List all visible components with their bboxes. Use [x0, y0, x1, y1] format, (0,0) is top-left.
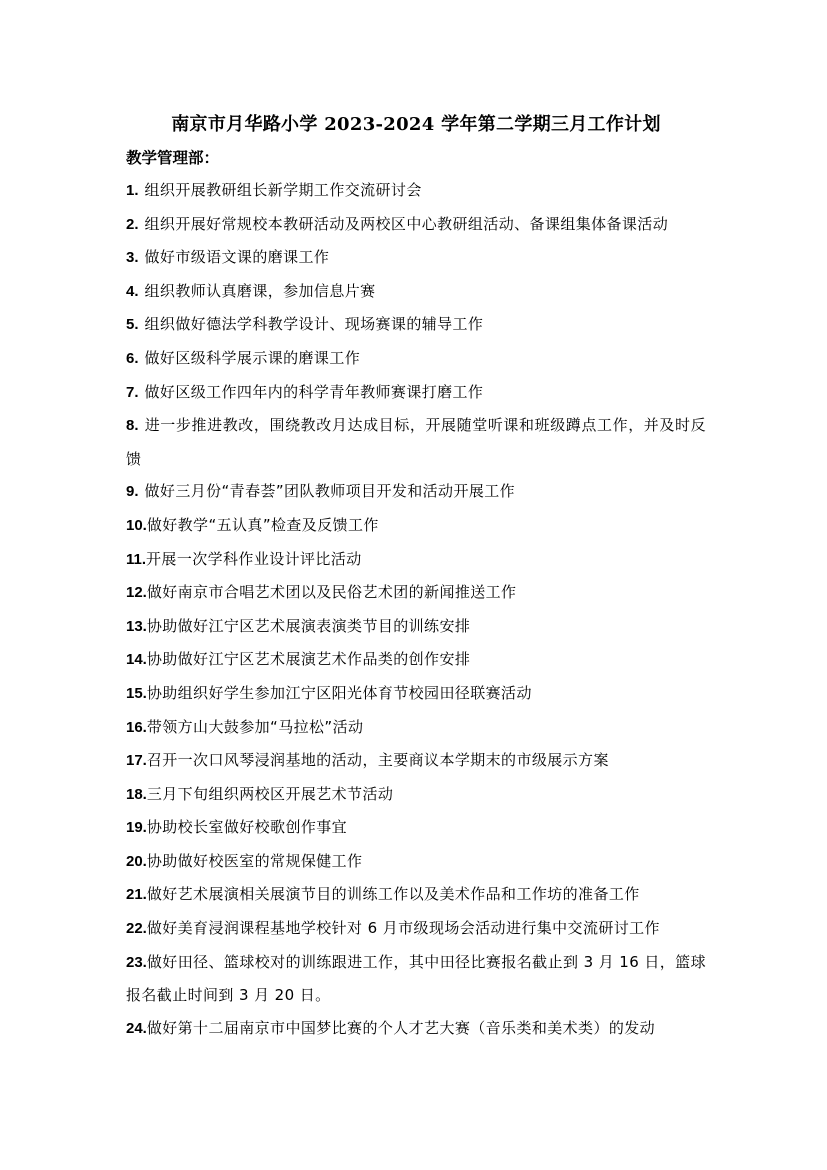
item-number: 23. [126, 954, 147, 971]
item-text: 做好三月份“青春荟”团队教师项目开发和活动开展工作 [145, 482, 516, 500]
item-text: 做好田径、篮球校对的训练跟进工作，其中田径比赛报名截止到 3 月 16 日，篮球… [126, 953, 706, 1005]
item-number: 19. [126, 819, 147, 836]
item-text: 做好美育浸润课程基地学校针对 6 月市级现场会活动进行集中交流研讨工作 [147, 919, 660, 937]
list-item: 23.做好田径、篮球校对的训练跟进工作，其中田径比赛报名截止到 3 月 16 日… [126, 946, 706, 1012]
item-number: 12. [126, 584, 147, 601]
list-item: 10.做好教学“五认真”检查及反馈工作 [126, 509, 706, 543]
item-text: 协助做好江宁区艺术展演艺术作品类的创作安排 [147, 650, 470, 668]
item-text: 三月下旬组织两校区开展艺术节活动 [147, 785, 393, 803]
item-number: 1. [126, 182, 139, 199]
work-plan-list: 1.组织开展教研组长新学期工作交流研讨会2.组织开展好常规校本教研活动及两校区中… [126, 174, 706, 1045]
list-item: 13.协助做好江宁区艺术展演表演类节目的训练安排 [126, 610, 706, 644]
item-text: 协助做好江宁区艺术展演表演类节目的训练安排 [147, 617, 470, 635]
list-item: 21.做好艺术展演相关展演节目的训练工作以及美术作品和工作坊的准备工作 [126, 878, 706, 912]
list-item: 2.组织开展好常规校本教研活动及两校区中心教研组活动、备课组集体备课活动 [126, 208, 706, 242]
item-number: 14. [126, 651, 147, 668]
list-item: 4.组织教师认真磨课，参加信息片赛 [126, 275, 706, 309]
section-heading: 教学管理部： [126, 142, 706, 174]
item-text: 做好区级科学展示课的磨课工作 [145, 349, 361, 367]
item-number: 17. [126, 752, 147, 769]
item-number: 8. [126, 417, 139, 434]
item-text: 组织开展好常规校本教研活动及两校区中心教研组活动、备课组集体备课活动 [145, 215, 669, 233]
item-text: 做好教学“五认真”检查及反馈工作 [147, 516, 379, 534]
item-text: 做好艺术展演相关展演节目的训练工作以及美术作品和工作坊的准备工作 [147, 885, 640, 903]
item-text: 协助组织好学生参加江宁区阳光体育节校园田径联赛活动 [147, 684, 532, 702]
list-item: 15.协助组织好学生参加江宁区阳光体育节校园田径联赛活动 [126, 677, 706, 711]
list-item: 12.做好南京市合唱艺术团以及民俗艺术团的新闻推送工作 [126, 576, 706, 610]
item-number: 22. [126, 920, 147, 937]
item-text: 组织做好德法学科教学设计、现场赛课的辅导工作 [145, 315, 484, 333]
item-number: 6. [126, 350, 139, 367]
list-item: 3.做好市级语文课的磨课工作 [126, 241, 706, 275]
item-number: 5. [126, 316, 139, 333]
item-text: 组织开展教研组长新学期工作交流研讨会 [145, 181, 422, 199]
item-text: 做好市级语文课的磨课工作 [145, 248, 330, 266]
document-title: 南京市月华路小学 2023-2024 学年第二学期三月工作计划 [126, 108, 706, 142]
list-item: 1.组织开展教研组长新学期工作交流研讨会 [126, 174, 706, 208]
item-text: 做好南京市合唱艺术团以及民俗艺术团的新闻推送工作 [147, 583, 517, 601]
item-number: 21. [126, 886, 147, 903]
list-item: 8.进一步推进教改，围绕教改月达成目标，开展随堂听课和班级蹲点工作，并及时反馈 [126, 409, 706, 475]
item-text: 召开一次口风琴浸润基地的活动，主要商议本学期末的市级展示方案 [147, 751, 609, 769]
item-text: 开展一次学科作业设计评比活动 [146, 550, 362, 568]
item-text: 组织教师认真磨课，参加信息片赛 [145, 282, 376, 300]
item-number: 11. [126, 551, 146, 568]
item-number: 7. [126, 384, 139, 401]
item-text: 协助校长室做好校歌创作事宜 [147, 818, 347, 836]
list-item: 9.做好三月份“青春荟”团队教师项目开发和活动开展工作 [126, 475, 706, 509]
list-item: 19.协助校长室做好校歌创作事宜 [126, 811, 706, 845]
item-text: 做好区级工作四年内的科学青年教师赛课打磨工作 [145, 383, 484, 401]
list-item: 24.做好第十二届南京市中国梦比赛的个人才艺大赛（音乐类和美术类）的发动 [126, 1012, 706, 1046]
item-text: 做好第十二届南京市中国梦比赛的个人才艺大赛（音乐类和美术类）的发动 [147, 1019, 655, 1037]
item-number: 15. [126, 685, 147, 702]
list-item: 17.召开一次口风琴浸润基地的活动，主要商议本学期末的市级展示方案 [126, 744, 706, 778]
list-item: 18.三月下旬组织两校区开展艺术节活动 [126, 778, 706, 812]
item-number: 10. [126, 517, 147, 534]
list-item: 6.做好区级科学展示课的磨课工作 [126, 342, 706, 376]
list-item: 22.做好美育浸润课程基地学校针对 6 月市级现场会活动进行集中交流研讨工作 [126, 912, 706, 946]
item-text: 协助做好校医室的常规保健工作 [147, 852, 363, 870]
list-item: 11.开展一次学科作业设计评比活动 [126, 543, 706, 577]
list-item: 20.协助做好校医室的常规保健工作 [126, 845, 706, 879]
list-item: 5.组织做好德法学科教学设计、现场赛课的辅导工作 [126, 308, 706, 342]
item-number: 16. [126, 719, 147, 736]
item-number: 18. [126, 786, 147, 803]
item-number: 20. [126, 853, 147, 870]
item-number: 13. [126, 618, 147, 635]
list-item: 14.协助做好江宁区艺术展演艺术作品类的创作安排 [126, 643, 706, 677]
item-text: 进一步推进教改，围绕教改月达成目标，开展随堂听课和班级蹲点工作，并及时反馈 [126, 416, 706, 468]
item-number: 2. [126, 216, 139, 233]
item-number: 24. [126, 1020, 147, 1037]
item-number: 9. [126, 483, 139, 500]
list-item: 7.做好区级工作四年内的科学青年教师赛课打磨工作 [126, 376, 706, 410]
document-page: 南京市月华路小学 2023-2024 学年第二学期三月工作计划 教学管理部： 1… [126, 108, 706, 1045]
item-number: 4. [126, 283, 139, 300]
list-item: 16.带领方山大鼓参加“马拉松”活动 [126, 711, 706, 745]
item-number: 3. [126, 249, 139, 266]
item-text: 带领方山大鼓参加“马拉松”活动 [147, 718, 364, 736]
